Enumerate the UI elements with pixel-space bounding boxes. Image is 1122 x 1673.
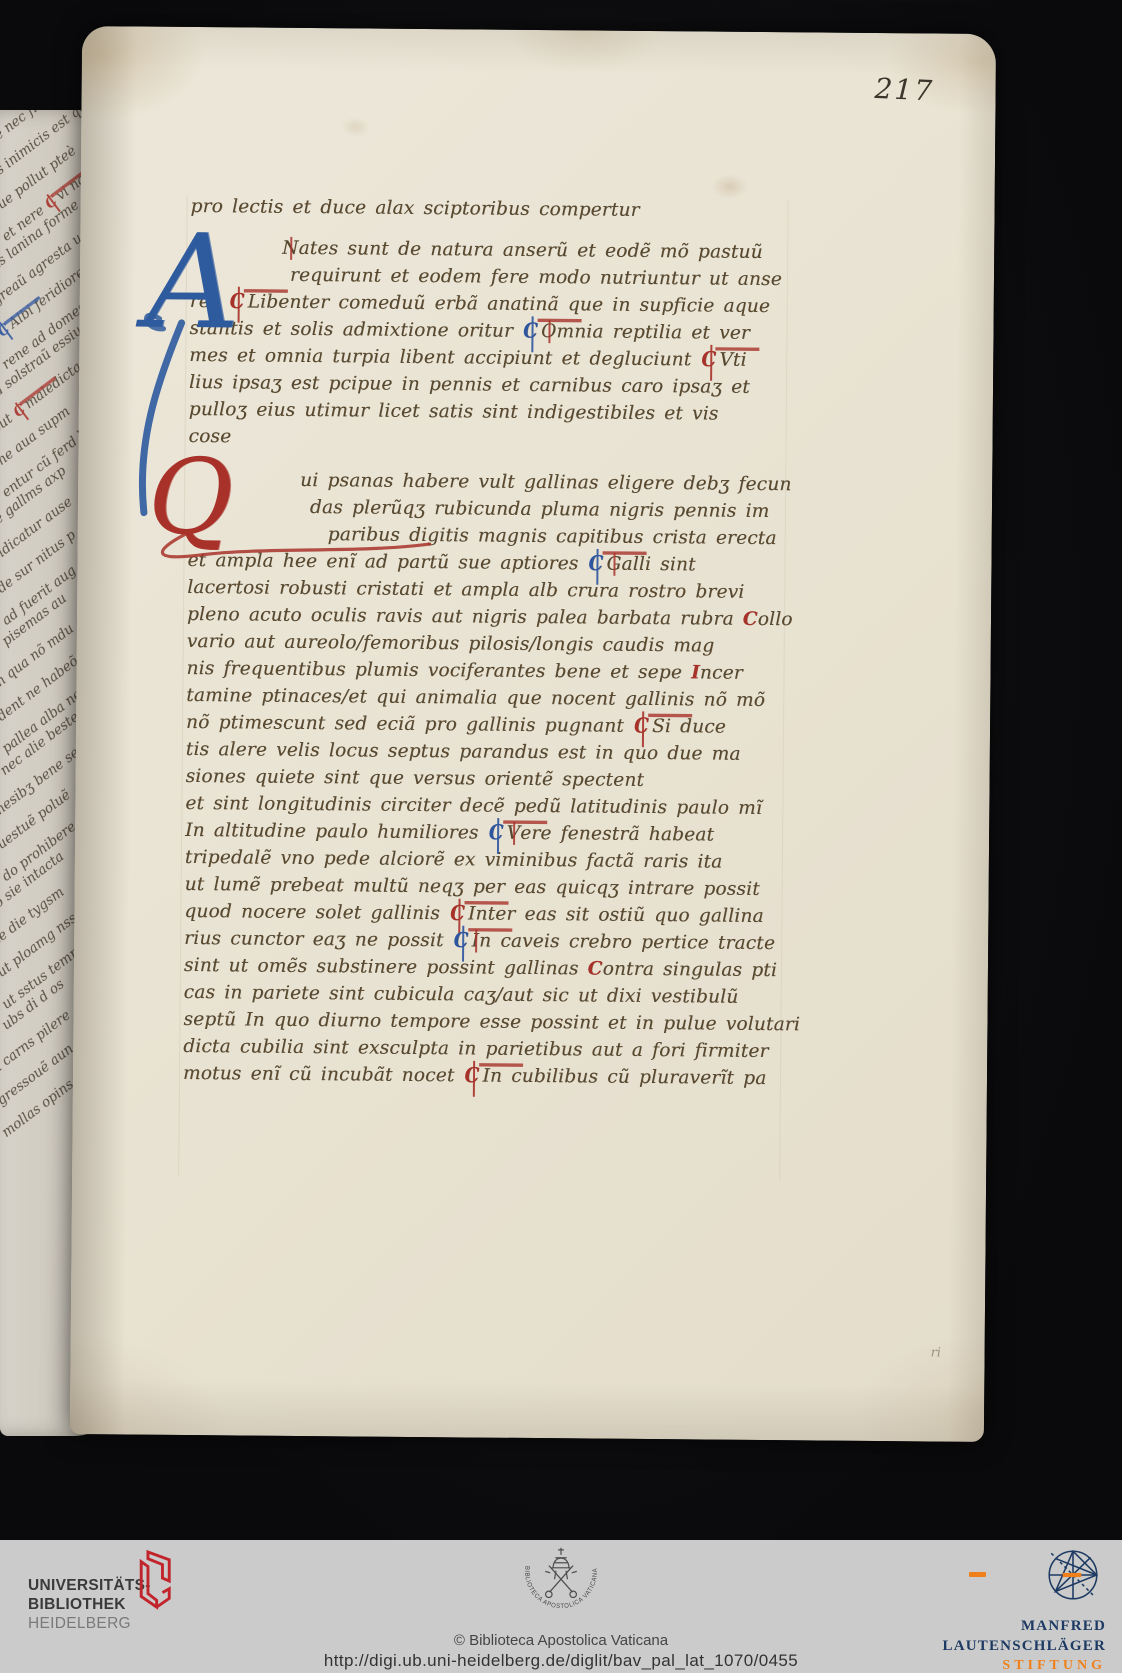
text-segment: alli sint	[621, 554, 695, 576]
paragraph-ducks: Nates sunt de natura anserũ et eodẽ mõ p…	[188, 234, 830, 456]
ub-logo-line3: HEIDELBERG	[28, 1614, 151, 1633]
text-segment: ollo	[758, 609, 793, 630]
text-segment: tamine ptinaces/et qui animalia que noce…	[186, 685, 765, 711]
text-segment: Libenter comeduũ erbã anatinã que in sup…	[248, 291, 771, 317]
text-segment: et ampla hee enĩ ad partũ sue aptiores	[187, 550, 587, 574]
text-segment: pulloʒ eius utimur licet satis sint indi…	[189, 399, 719, 425]
capitulum-mark: C	[701, 345, 716, 375]
text-segment: cas in pariete sint cubicula caʒ/aut sic…	[184, 982, 739, 1008]
folio-number: 217	[873, 72, 934, 108]
ml-logo-line2: LAUTENSCHLÄGER	[943, 1636, 1107, 1656]
text-segment: lacertosi robusti cristati et ampla alb …	[187, 577, 744, 603]
text-segment: mes et omnia turpia libent accipiunt et …	[189, 345, 700, 370]
ml-stiftung-logo: MANFRED LAUTENSCHLÄGER STIFTUNG	[943, 1616, 1107, 1673]
globe-icon	[1042, 1544, 1104, 1606]
ml-logo-line3: STIFTUNG	[943, 1656, 1107, 1673]
text-segment: pro lectis et duce alax sciptoribus comp…	[190, 196, 639, 221]
text-segment: mnia reptilia et ver	[556, 321, 750, 344]
text-segment: ut lumẽ prebeat multũ neqʒ per eas quicq…	[185, 874, 760, 900]
scan-background: ue nec fine quã fideis inimicis est qui …	[0, 0, 1122, 1673]
capitulum-mark: C	[489, 818, 504, 848]
capitulum-mark: C	[450, 899, 465, 929]
text-segment: ontra singulas pti	[603, 959, 778, 982]
text-segment: In altitudine paulo humiliores	[185, 820, 488, 844]
text-segment: V	[507, 820, 521, 847]
text-segment: tis alere velis locus septus parandus es…	[186, 739, 741, 765]
open-book-icon	[118, 1548, 176, 1614]
orange-dash	[969, 1572, 986, 1577]
quire-mark: ri	[931, 1345, 942, 1360]
text-segment: O	[541, 318, 557, 345]
text-segment: et sint longitudinis circiter decẽ pedũ …	[185, 793, 762, 819]
text-segment: tripedalẽ vno pede alciorẽ ex viminibus …	[185, 847, 723, 873]
text-block: A Q pro lectis et duce alax sciptoribus …	[183, 193, 831, 1093]
text-segment: septũ In quo diurno tempore esse possint…	[183, 1009, 800, 1035]
text-segment: Vti	[719, 350, 746, 371]
text-segment: paribus digitis magnis capitibus crista …	[328, 524, 777, 549]
globe-center-dash	[1063, 1573, 1082, 1577]
manuscript-line: Nates sunt de natura anserũ et eodẽ mõ p…	[190, 234, 830, 267]
initial-letter-A: A	[145, 217, 240, 348]
text-segment: ere fenestrã habeat	[520, 823, 714, 846]
initial-letter-Q: Q	[148, 445, 234, 550]
text-segment: nis frequentibus plumis vociferantes ben…	[186, 658, 691, 683]
text-segment: lius ipsaʒ est pcipue in pennis et carni…	[189, 372, 750, 398]
paragraph-hens: ui psanas habere vult gallinas eligere d…	[183, 466, 828, 1093]
text-segment: In cubilibus cũ pluraverĩt pa	[482, 1066, 766, 1089]
text-segment: ncer	[700, 662, 743, 683]
text-segment: Inter eas sit ostiũ quo gallina	[468, 903, 764, 927]
text-segment: G	[606, 551, 621, 578]
capitulum-mark: C	[454, 926, 469, 956]
capitulum-mark: C	[634, 711, 649, 741]
text-segment: nõ ptimescunt sed eciã pro gallinis pugn…	[186, 712, 633, 737]
text-segment: quod nocere solet gallinis	[184, 901, 449, 924]
text-segment: I	[472, 927, 480, 954]
text-segment: C	[588, 958, 603, 979]
capitulum-mark: C	[523, 316, 538, 346]
header-line: pro lectis et duce alax sciptoribus comp…	[190, 193, 830, 226]
text-segment: siones quiete sint que versus orientẽ sp…	[186, 766, 645, 791]
text-segment: dicta cubilia sint exsculpta in parietib…	[183, 1036, 769, 1062]
ml-logo-line1: MANFRED	[943, 1616, 1107, 1636]
text-segment: das plerũqʒ rubicunda pluma nigris penni…	[310, 497, 770, 522]
capitulum-mark: C	[464, 1061, 479, 1091]
svg-text:BIBLIOTECA APOSTOLICA VATICANA: BIBLIOTECA APOSTOLICA VATICANA	[523, 1566, 599, 1611]
manuscript-line: cose	[188, 423, 828, 456]
manuscript-line: pro lectis et duce alax sciptoribus comp…	[190, 193, 830, 226]
text-segment: rius cunctor eaʒ ne possit	[184, 928, 453, 951]
text-segment: N	[282, 235, 299, 262]
text-segment: sint ut omẽs substinere possint gallinas	[184, 955, 588, 980]
text-segment: Si duce	[652, 716, 726, 738]
text-segment: requirunt et eodem fere modo nutriuntur …	[290, 265, 782, 290]
manuscript-line: pulloʒ eius utimur licet satis sint indi…	[189, 396, 829, 429]
text-segment: ui psanas habere vult gallinas eligere d…	[300, 470, 792, 495]
footer-bar: UNIVERSITÄTS- BIBLIOTHEK HEIDELBERG	[0, 1540, 1122, 1673]
text-segment: pleno acuto oculis ravis aut nigris pale…	[187, 604, 743, 630]
vatican-seal-icon: BIBLIOTECA APOSTOLICA VATICANA	[518, 1542, 604, 1628]
capitulum-mark: C	[588, 549, 603, 579]
manuscript-page: 217 A Q pro lectis et duce alax sciptori…	[70, 26, 996, 1442]
text-segment: n caveis crebro pertice tracte	[479, 931, 775, 955]
text-segment: motus enĩ cũ incubãt nocet	[183, 1063, 464, 1086]
text-segment: C	[743, 609, 758, 630]
text-segment: vario aut aureolo/femoribus pilosis/long…	[187, 631, 715, 657]
vatican-seal-text: BIBLIOTECA APOSTOLICA VATICANA	[523, 1566, 599, 1611]
text-segment: ates sunt de natura anserũ et eodẽ mõ pa…	[299, 238, 763, 263]
manuscript-line: motus enĩ cũ incubãt nocet CIn cubilibus…	[183, 1060, 823, 1093]
